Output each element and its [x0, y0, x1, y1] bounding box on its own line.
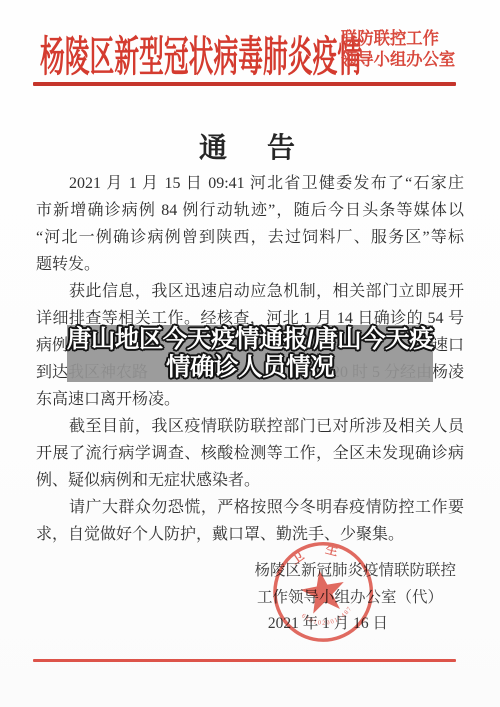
seal-serial: 6101020011487 — [299, 604, 356, 631]
body-line: 截至目前，我区疫情联防联控部门已对所涉及相关人员 — [36, 413, 464, 440]
body-line: 2021 月 1 月 15 日 09:41 河北省卫健委发布了“石家庄 — [36, 170, 464, 197]
document-page: 杨陵区新型冠状病毒肺炎疫情 联防联控工作 领导小组办公室 通 告 2021 月 … — [0, 0, 500, 707]
overlay-caption-line2: 情确诊人员情况 — [166, 354, 334, 382]
letterhead-subtitle-line1: 联防联控工作 — [341, 28, 455, 49]
overlay-caption: 唐山地区今天疫情通报/唐山今天疫 情确诊人员情况 — [67, 325, 433, 382]
body-line: 例、疑似病例和无症状感染者。 — [36, 467, 464, 494]
body-line: 求，自觉做好个人防护，戴口罩、勤洗手、少聚集。 — [36, 521, 464, 548]
footer-divider — [33, 659, 456, 662]
body-line: 市新增确诊病例 84 例行动轨迹”，随后今日头条等媒体以 — [36, 197, 464, 224]
svg-text:6101020011487: 6101020011487 — [299, 604, 356, 631]
body-line: 东高速口离开杨凌。 — [36, 386, 464, 413]
letterhead-subtitle: 联防联控工作 领导小组办公室 — [341, 28, 455, 70]
official-seal: 卫 生 6101020011487 — [262, 530, 385, 653]
notice-title: 通 告 — [0, 126, 500, 166]
letterhead-divider — [33, 82, 456, 86]
star-icon — [298, 566, 349, 615]
overlay-caption-line1: 唐山地区今天疫情通报/唐山今天疫 — [67, 326, 433, 354]
body-line: 题转发。 — [36, 251, 464, 278]
letterhead-title: 杨陵区新型冠状病毒肺炎疫情 — [40, 24, 362, 84]
body-line: 开展了流行病学调查、核酸检测等工作，全区未发现确诊病 — [36, 440, 464, 467]
body-line: 请广大群众勿恐慌，严格按照今冬明春疫情防控工作要 — [36, 494, 464, 521]
letterhead-subtitle-line2: 领导小组办公室 — [341, 49, 455, 70]
body-line: 获此信息，我区迅速启动应急机制，相关部门立即展开 — [36, 278, 464, 305]
body-line: “河北一例确诊病例曾到陕西，去过饲料厂、服务区”等标 — [36, 224, 464, 251]
